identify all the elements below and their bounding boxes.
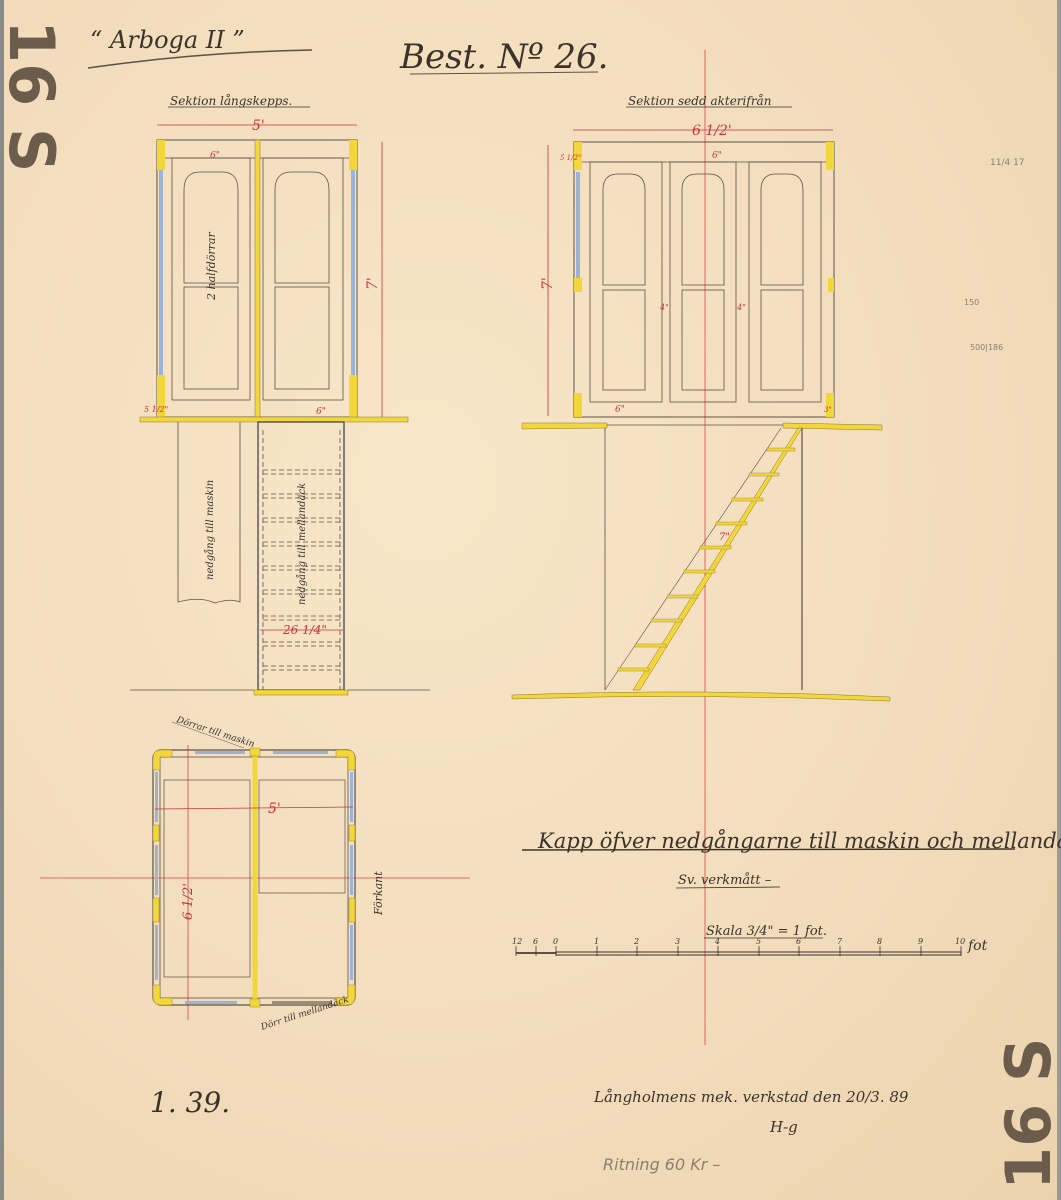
scale-tick: 5	[756, 937, 761, 946]
project-label: “ Arboga II ”	[90, 26, 245, 54]
scale-tick: 0	[553, 937, 558, 946]
scale-tick: 4	[714, 937, 720, 946]
stamp-left: 16 S	[0, 20, 68, 173]
signature-initials: H-g	[769, 1118, 798, 1136]
width-dimension: 5'	[268, 801, 281, 817]
height-dimension: 7'	[540, 277, 556, 290]
view-title: Sektion sedd akterifrån	[628, 93, 771, 108]
scan-edge	[1057, 0, 1061, 1200]
pencil-note: 150	[964, 298, 979, 307]
door-label: 2 halfdörrar	[205, 232, 218, 301]
scale-title: Skala 3/4" = 1 fot.	[706, 924, 827, 939]
signature-line: Långholmens mek. verkstad den 20/3. 89	[593, 1088, 909, 1106]
scale-tick: 10	[955, 937, 965, 946]
corner-dimension: 5 1/2"	[144, 405, 168, 414]
scale-tick: 12	[512, 937, 522, 946]
stile-dimension: 4"	[736, 303, 746, 312]
corner-dimension: 5 1/2"	[560, 154, 581, 162]
stair-width-dimension: 26 1/4"	[282, 623, 327, 637]
drawing-subtitle: Sv. verkmått –	[678, 872, 772, 888]
scale-tick: 1	[594, 937, 599, 946]
view-title: Sektion långskepps.	[170, 93, 292, 108]
price-note: Ritning 60 Kr –	[603, 1155, 720, 1174]
pencil-note: 500|186	[970, 343, 1003, 352]
scan-edge	[0, 0, 4, 1200]
stamp-right: 16 S	[992, 1037, 1061, 1190]
width-dimension: 5'	[252, 118, 265, 134]
scale-tick: 2	[633, 937, 639, 946]
view-aft-section: Sektion sedd akterifrån 6 1/2' 7' 6" 6" …	[512, 93, 890, 701]
rail-dimension: 6"	[615, 405, 625, 415]
scale-tick: 9	[918, 937, 923, 946]
scale-bar: Skala 3/4" = 1 fot. 12 6 0 1 2 3 4 5 6 7…	[512, 924, 988, 956]
svg-text:16 S: 16 S	[992, 1037, 1061, 1190]
length-dimension: 6 1/2'	[181, 883, 196, 920]
door-callout: Dörrar till maskin	[174, 715, 256, 750]
scale-tick: 7	[837, 937, 843, 946]
pencil-note: 11/4 17	[990, 158, 1025, 168]
width-dimension: 6 1/2'	[692, 123, 732, 139]
rail-dimension: 6"	[316, 407, 326, 417]
svg-text:16 S: 16 S	[0, 20, 68, 173]
corner-dimension: 3"	[824, 406, 832, 414]
forward-edge-label: Förkant	[372, 871, 385, 916]
opening-label: nedgång till maskin	[204, 480, 216, 580]
scale-tick: 3	[675, 937, 680, 946]
rail-dimension: 6"	[210, 151, 220, 161]
scale-unit: fot	[967, 938, 988, 954]
scale-tick: 8	[877, 937, 882, 946]
rail-dimension: 6"	[712, 151, 722, 161]
opening-label: nedgång till mellandäck	[296, 483, 308, 605]
scale-tick: 6	[796, 937, 801, 946]
drawing-sheet: 16 S 16 S “ Arboga II ” Best. Nº 26. Sek…	[0, 0, 1061, 1200]
height-dimension: 7'	[365, 277, 381, 290]
step-dimension: 7"	[719, 532, 730, 543]
view-longitudinal-section: Sektion långskepps. 5' 2 halfdörrar 7' 6…	[130, 93, 430, 695]
door-callout: Dörr till mellandäck	[259, 995, 350, 1033]
stile-dimension: 4"	[659, 303, 669, 312]
scale-tick: 6	[533, 937, 538, 946]
order-number: Best. Nº 26.	[399, 37, 608, 77]
sheet-number: 1. 39.	[150, 1086, 230, 1119]
technical-drawing: 16 S 16 S “ Arboga II ” Best. Nº 26. Sek…	[0, 0, 1061, 1200]
